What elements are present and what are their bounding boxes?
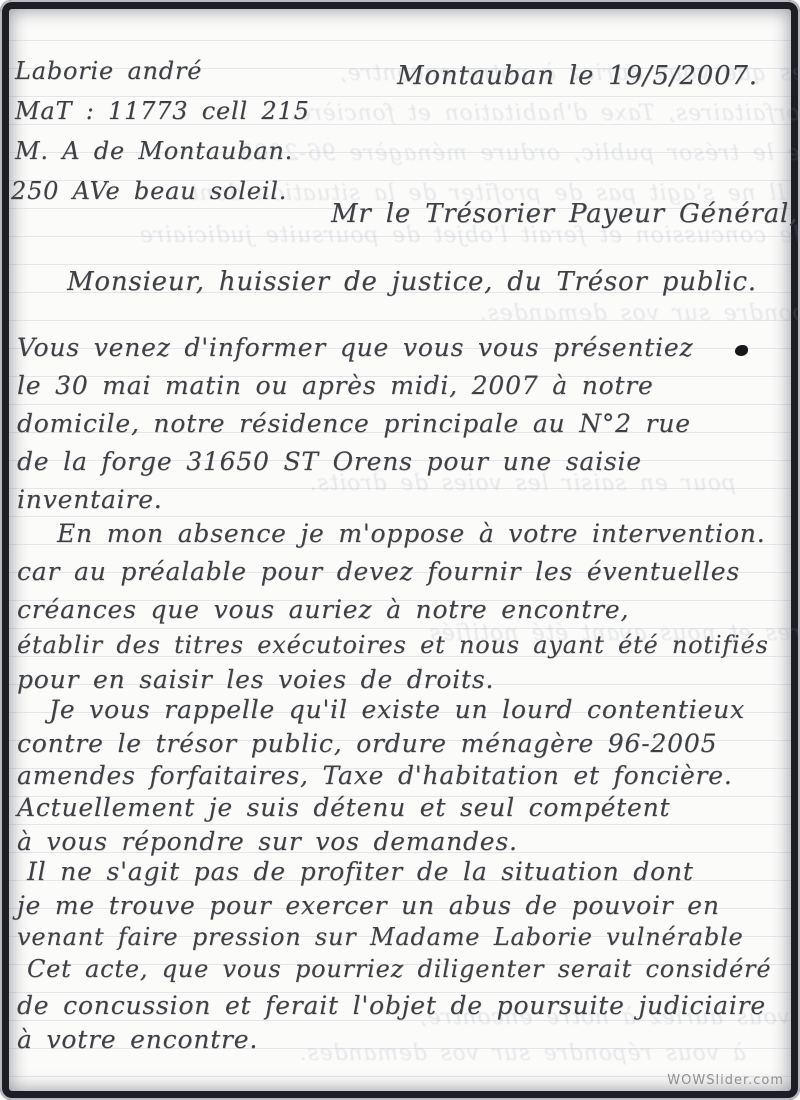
body-line: établir des titres exécutoires et nous a… xyxy=(17,631,769,659)
bleed-through-line: à vous répondre sur vos demandes. xyxy=(299,1041,746,1066)
body-line: venant faire pression sur Madame Laborie… xyxy=(17,923,744,951)
sender-registration-number: MaT : 11773 cell 215 xyxy=(15,97,310,125)
body-line: pour en saisir les voies de droits. xyxy=(17,665,494,694)
ink-blot xyxy=(735,345,748,356)
body-line: car au préalable pour devez fournir les … xyxy=(17,557,740,586)
body-line: Cet acte, que vous pourriez diligenter s… xyxy=(27,955,771,983)
salutation-line: Monsieur, huissier de justice, du Trésor… xyxy=(67,267,757,297)
body-line: Vous venez d'informer que vous vous prés… xyxy=(17,333,693,362)
watermark-link[interactable]: WOWSlider.com xyxy=(667,1073,784,1088)
date-line: Montauban le 19/5/2007. xyxy=(397,61,758,91)
body-line: amendes forfaitaires, Taxe d'habitation … xyxy=(17,761,733,790)
body-line: de la forge 31650 ST Orens pour une sais… xyxy=(17,447,642,476)
body-line: Je vous rappelle qu'il existe un lourd c… xyxy=(49,695,745,724)
body-line: En mon absence je m'oppose à votre inter… xyxy=(57,519,765,548)
body-line: de concussion et ferait l'objet de pours… xyxy=(17,991,766,1020)
sender-name: Laborie andré xyxy=(15,57,202,85)
body-line: créances que vous auriez à notre encontr… xyxy=(17,595,629,624)
body-line: à votre encontre. xyxy=(17,1025,258,1054)
ruled-paper: créances que vous auriez à notre encontr… xyxy=(9,9,791,1091)
bleed-through-line: à vous répondre sur vos demandes. xyxy=(479,301,800,326)
body-line: domicile, notre résidence principale au … xyxy=(17,409,691,438)
addressee-line: Mr le Trésorier Payeur Général, xyxy=(331,199,798,229)
sender-address: 250 AVe beau soleil. xyxy=(11,177,287,205)
body-line: contre le trésor public, ordure ménagère… xyxy=(17,729,717,758)
sender-institution: M. A de Montauban. xyxy=(15,137,293,165)
bleed-through-line: contre le trésor public, ordure ménagère… xyxy=(239,141,800,166)
bleed-through-line: amendes forfaitaires, Taxe d'habitation … xyxy=(289,101,800,126)
body-line: inventaire. xyxy=(17,485,163,514)
scanned-letter-page: créances que vous auriez à notre encontr… xyxy=(0,0,800,1100)
body-line: Il ne s'agit pas de profiter de la situa… xyxy=(27,857,694,886)
body-line: je me trouve pour exercer un abus de pou… xyxy=(17,891,720,920)
body-line: le 30 mai matin ou après midi, 2007 à no… xyxy=(17,371,654,400)
body-line: à vous répondre sur vos demandes. xyxy=(17,827,518,856)
body-line: Actuellement je suis détenu et seul comp… xyxy=(17,793,670,822)
